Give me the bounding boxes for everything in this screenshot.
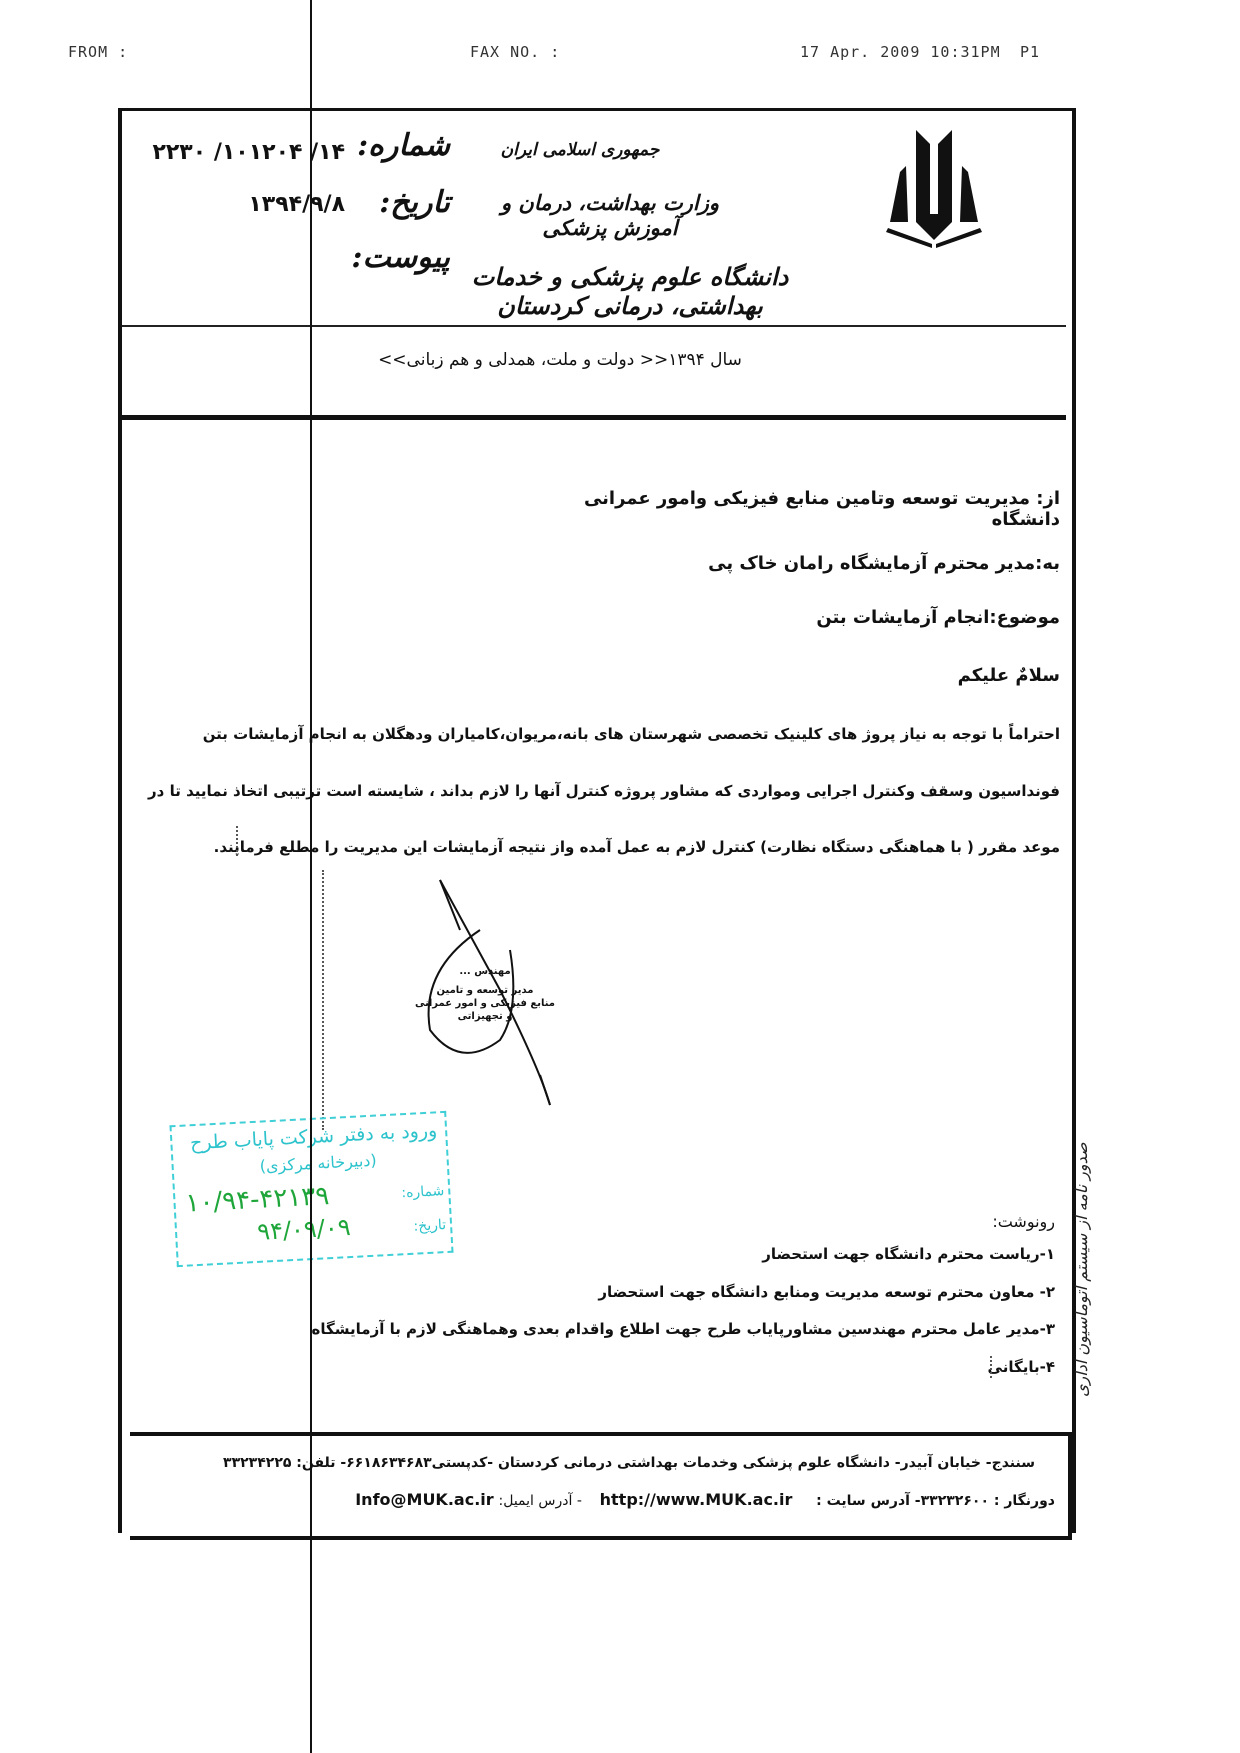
fax-number-label: FAX NO. : [470, 43, 560, 61]
automation-side-note: صدور نامه از سیستم اتوماسیون اداری [1072, 1120, 1112, 1420]
number-label: شماره: [380, 128, 450, 163]
letterhead-ministry: وزارت بهداشت، درمان و آموزش پزشکی [470, 190, 750, 240]
scan-dotted-mark [322, 870, 324, 1130]
cc-item-1: ۱-ریاست محترم دانشگاه جهت استحضار [600, 1245, 1055, 1263]
university-emblem-icon [884, 122, 984, 252]
letterhead-country: جمهوری اسلامی ایران [470, 140, 690, 160]
letter-body-line-1: احتراماً با توجه به نیاز پروژ های کلینیک… [135, 725, 1060, 743]
date-label: تاریخ: [380, 185, 450, 220]
scan-artifact-line [310, 0, 312, 1753]
header-divider [122, 325, 1066, 327]
attachment-label: پیوست: [360, 240, 450, 275]
scan-dotted-mark [236, 826, 238, 856]
letter-number: ۱۴/ ۱۰۱۲۰۴/ ۲۲۳۰ [145, 140, 345, 165]
cc-item-4: ۴-بایگانی [900, 1358, 1055, 1376]
footer-contact-line: دورنگار : ۳۳۲۳۲۶۰۰- آدرس سایت : http://w… [225, 1490, 1055, 1512]
footer-box [130, 1432, 1072, 1540]
letter-from: از: مدیریت توسعه وتامین منابع فیزیکی وام… [520, 488, 1060, 530]
footer-address: سنندج- خیابان آبیدر- دانشگاه علوم پزشکی … [180, 1455, 1035, 1471]
signature-seal-text: مهندس ... مدیر توسعه و تامین منابع فیزیک… [410, 965, 560, 1023]
stamp-number: ۱۰/۹۴-۴۲۱۳۹ [185, 1181, 330, 1218]
footer-email[interactable]: Info@MUK.ac.ir [355, 1490, 493, 1509]
scan-dotted-mark [990, 1356, 992, 1378]
letterhead-university: دانشگاه علوم پزشکی و خدمات بهداشتی، درما… [450, 262, 810, 320]
letter-to: به:مدیر محترم آزمایشگاه رامان خاک پی [600, 553, 1060, 574]
footer-fax: دورنگار : ۳۳۲۳۲۶۰۰- آدرس سایت : [816, 1493, 1055, 1509]
letter-body-line-2: فونداسیون وسقف وکنترل اجرایی ومواردی که … [135, 782, 1060, 800]
letter-greeting: سلامٌ علیکم [800, 665, 1060, 686]
letter-body-line-3: موعد مقرر ( با هماهنگی دستگاه نظارت) کنت… [135, 838, 1060, 856]
stamp-subtitle: (دبیرخانه مرکزی) [259, 1151, 377, 1176]
cc-item-2: ۲- معاون محترم توسعه مدیریت ومنابع دانشگ… [500, 1283, 1055, 1301]
fax-timestamp: 17 Apr. 2009 10:31PM [800, 43, 1001, 61]
fax-page: P1 [1020, 43, 1040, 61]
letter-subject: موضوع:انجام آزمایشات بتن [700, 607, 1060, 628]
footer-email-label: - آدرس ایمیل: [499, 1493, 582, 1509]
stamp-number-label: شماره: [401, 1183, 445, 1201]
year-slogan: سال ۱۳۹۴<< دولت و ملت، همدلی و هم زبانی>… [360, 350, 760, 370]
cc-title: رونوشت: [800, 1212, 1055, 1231]
letter-date: ۱۳۹۴/۹/۸ [200, 192, 345, 217]
cc-item-3: ۳-مدیر عامل محترم مهندسین مشاورپایاب طرح… [300, 1320, 1055, 1338]
stamp-date: ۹۴/۰۹/۰۹ [256, 1213, 351, 1246]
slogan-divider [122, 415, 1066, 420]
stamp-title: ورود به دفتر شرکت پایاب طرح [189, 1119, 437, 1154]
fax-from-label: FROM : [68, 43, 128, 61]
footer-website[interactable]: http://www.MUK.ac.ir [600, 1490, 793, 1509]
stamp-date-label: تاریخ: [413, 1217, 446, 1235]
